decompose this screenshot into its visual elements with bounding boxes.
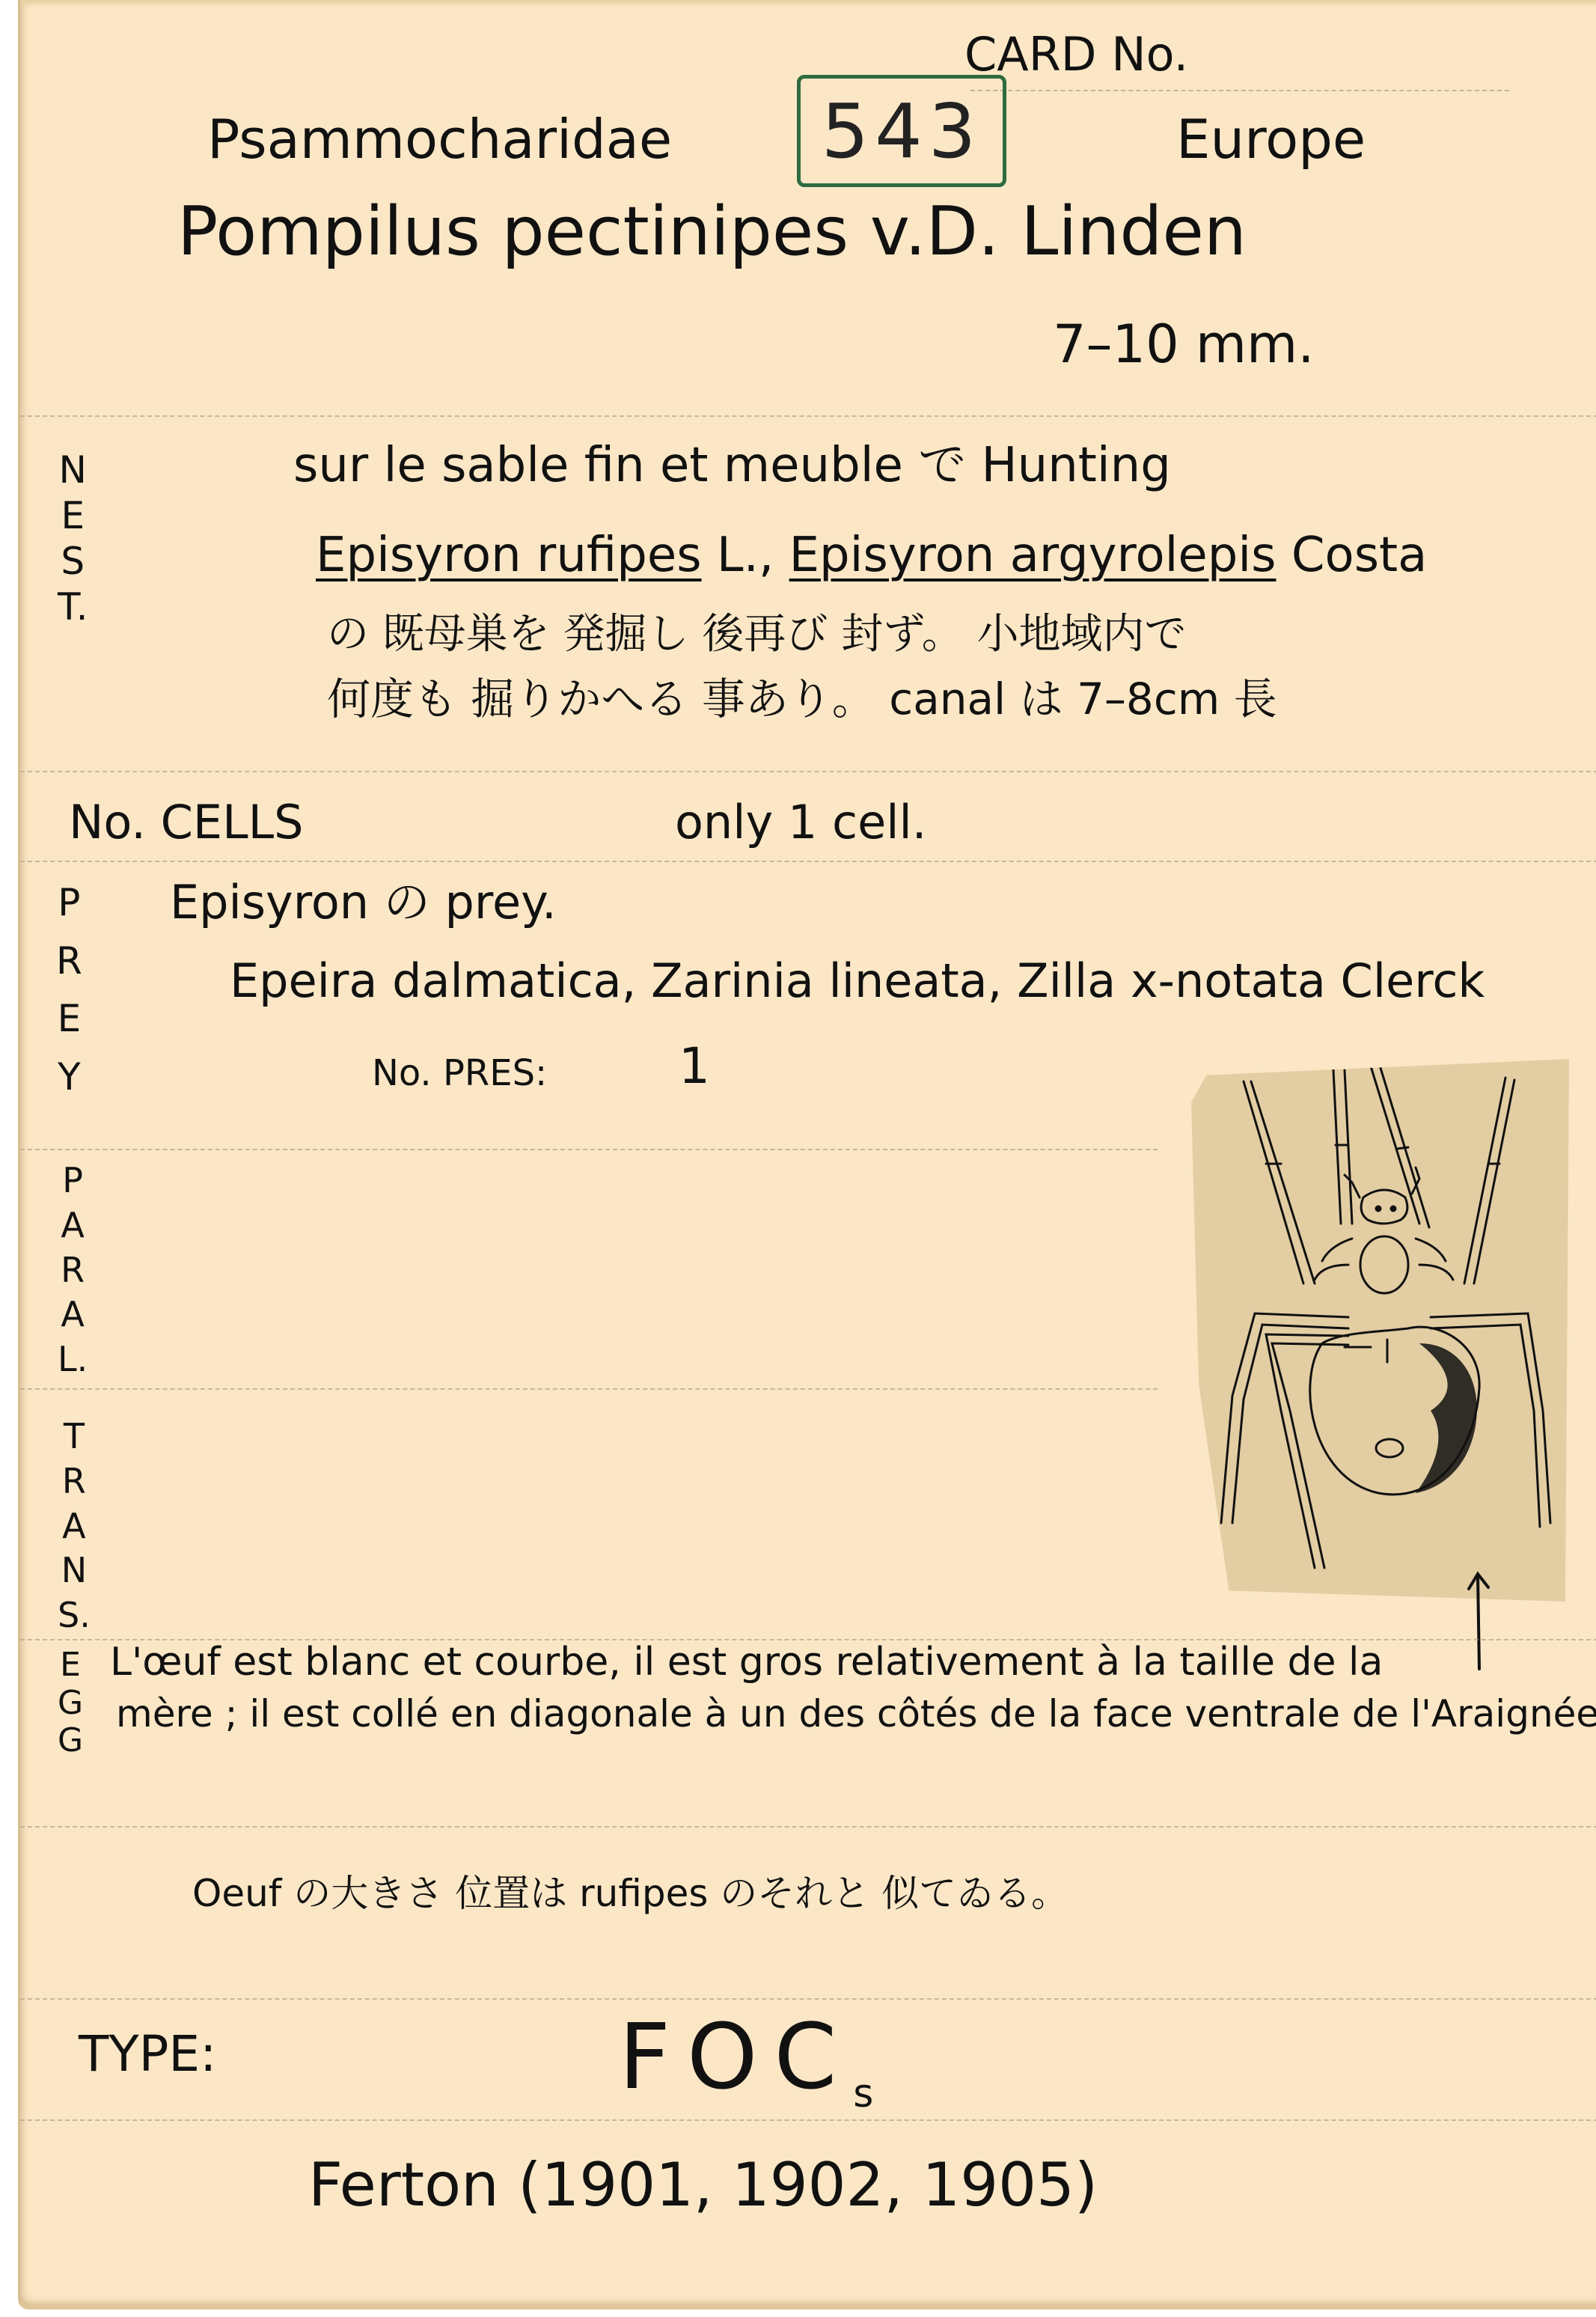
egg-line-1: L'œuf est blanc et courbe, il est gros r…	[110, 1643, 1383, 1682]
egg-line-2: mère ; il est collé en diagonale à un de…	[116, 1695, 1596, 1733]
nest-line-3: の 既母巣を 発掘し 後再び 封ず。 小地域内で	[327, 614, 1187, 656]
body-size: 7–10 mm.	[1053, 318, 1315, 370]
divider-card-no	[970, 90, 1509, 91]
nest-line-1: sur le sable fin et meuble で Hunting	[293, 442, 1171, 489]
type-value: FOCs	[619, 2013, 873, 2113]
arrow-up-icon	[1464, 1568, 1494, 1673]
spider-illustration	[1191, 1059, 1569, 1602]
prey-line-2: Epeira dalmatica, Zarinia lineata, Zilla…	[230, 958, 1485, 1004]
species-name: Pompilus pectinipes v.D. Linden	[177, 198, 1247, 266]
egg-note: Oeuf の大きさ 位置は rufipes のそれと 似てゐる。	[192, 1875, 1068, 1912]
cells-label: No. CELLS	[69, 799, 304, 846]
divider-prey	[20, 861, 1596, 862]
prey-line-1: Episyron の prey.	[170, 879, 557, 926]
card-number-box: 543	[797, 75, 1006, 187]
nest-label: N E S T.	[58, 448, 88, 630]
divider-cells	[20, 771, 1596, 772]
region: Europe	[1176, 112, 1366, 166]
divider-trans	[20, 1388, 1158, 1390]
prey-label: P R E Y	[56, 874, 82, 1106]
cells-value: only 1 cell.	[675, 799, 926, 846]
prey-species-1: Episyron rufipes	[316, 528, 702, 583]
nest-line-2: Episyron rufipes L., Episyron argyrolepi…	[316, 531, 1427, 579]
no-pres-label: No. PRES:	[372, 1055, 547, 1091]
card-top-edge	[20, 0, 1596, 7]
egg-label: E G G	[58, 1646, 83, 1760]
card-number: 543	[822, 88, 982, 175]
divider-note	[20, 1826, 1596, 1828]
nest-line-4: 何度も 掘りかへる 事あり。 canal は 7–8cm 長	[327, 677, 1277, 721]
family-name: Psammocharidae	[207, 112, 672, 166]
divider-paral	[20, 1149, 1158, 1150]
trans-label: T R A N S.	[58, 1414, 91, 1638]
no-pres-value: 1	[679, 1042, 710, 1091]
divider-nest	[20, 415, 1596, 417]
card-no-label: CARD No.	[964, 31, 1188, 78]
prey-species-2: Episyron argyrolepis	[789, 528, 1277, 583]
spider-drawing-icon	[1191, 1059, 1569, 1602]
type-label: TYPE:	[79, 2030, 216, 2079]
divider-reference	[20, 2119, 1596, 2121]
divider-type	[20, 1998, 1596, 2000]
index-card: CARD No. 543 Psammocharidae Europe Pompi…	[18, 0, 1596, 2310]
paral-label: P A R A L.	[58, 1158, 88, 1382]
reference: Ferton (1901, 1902, 1905)	[308, 2155, 1098, 2215]
